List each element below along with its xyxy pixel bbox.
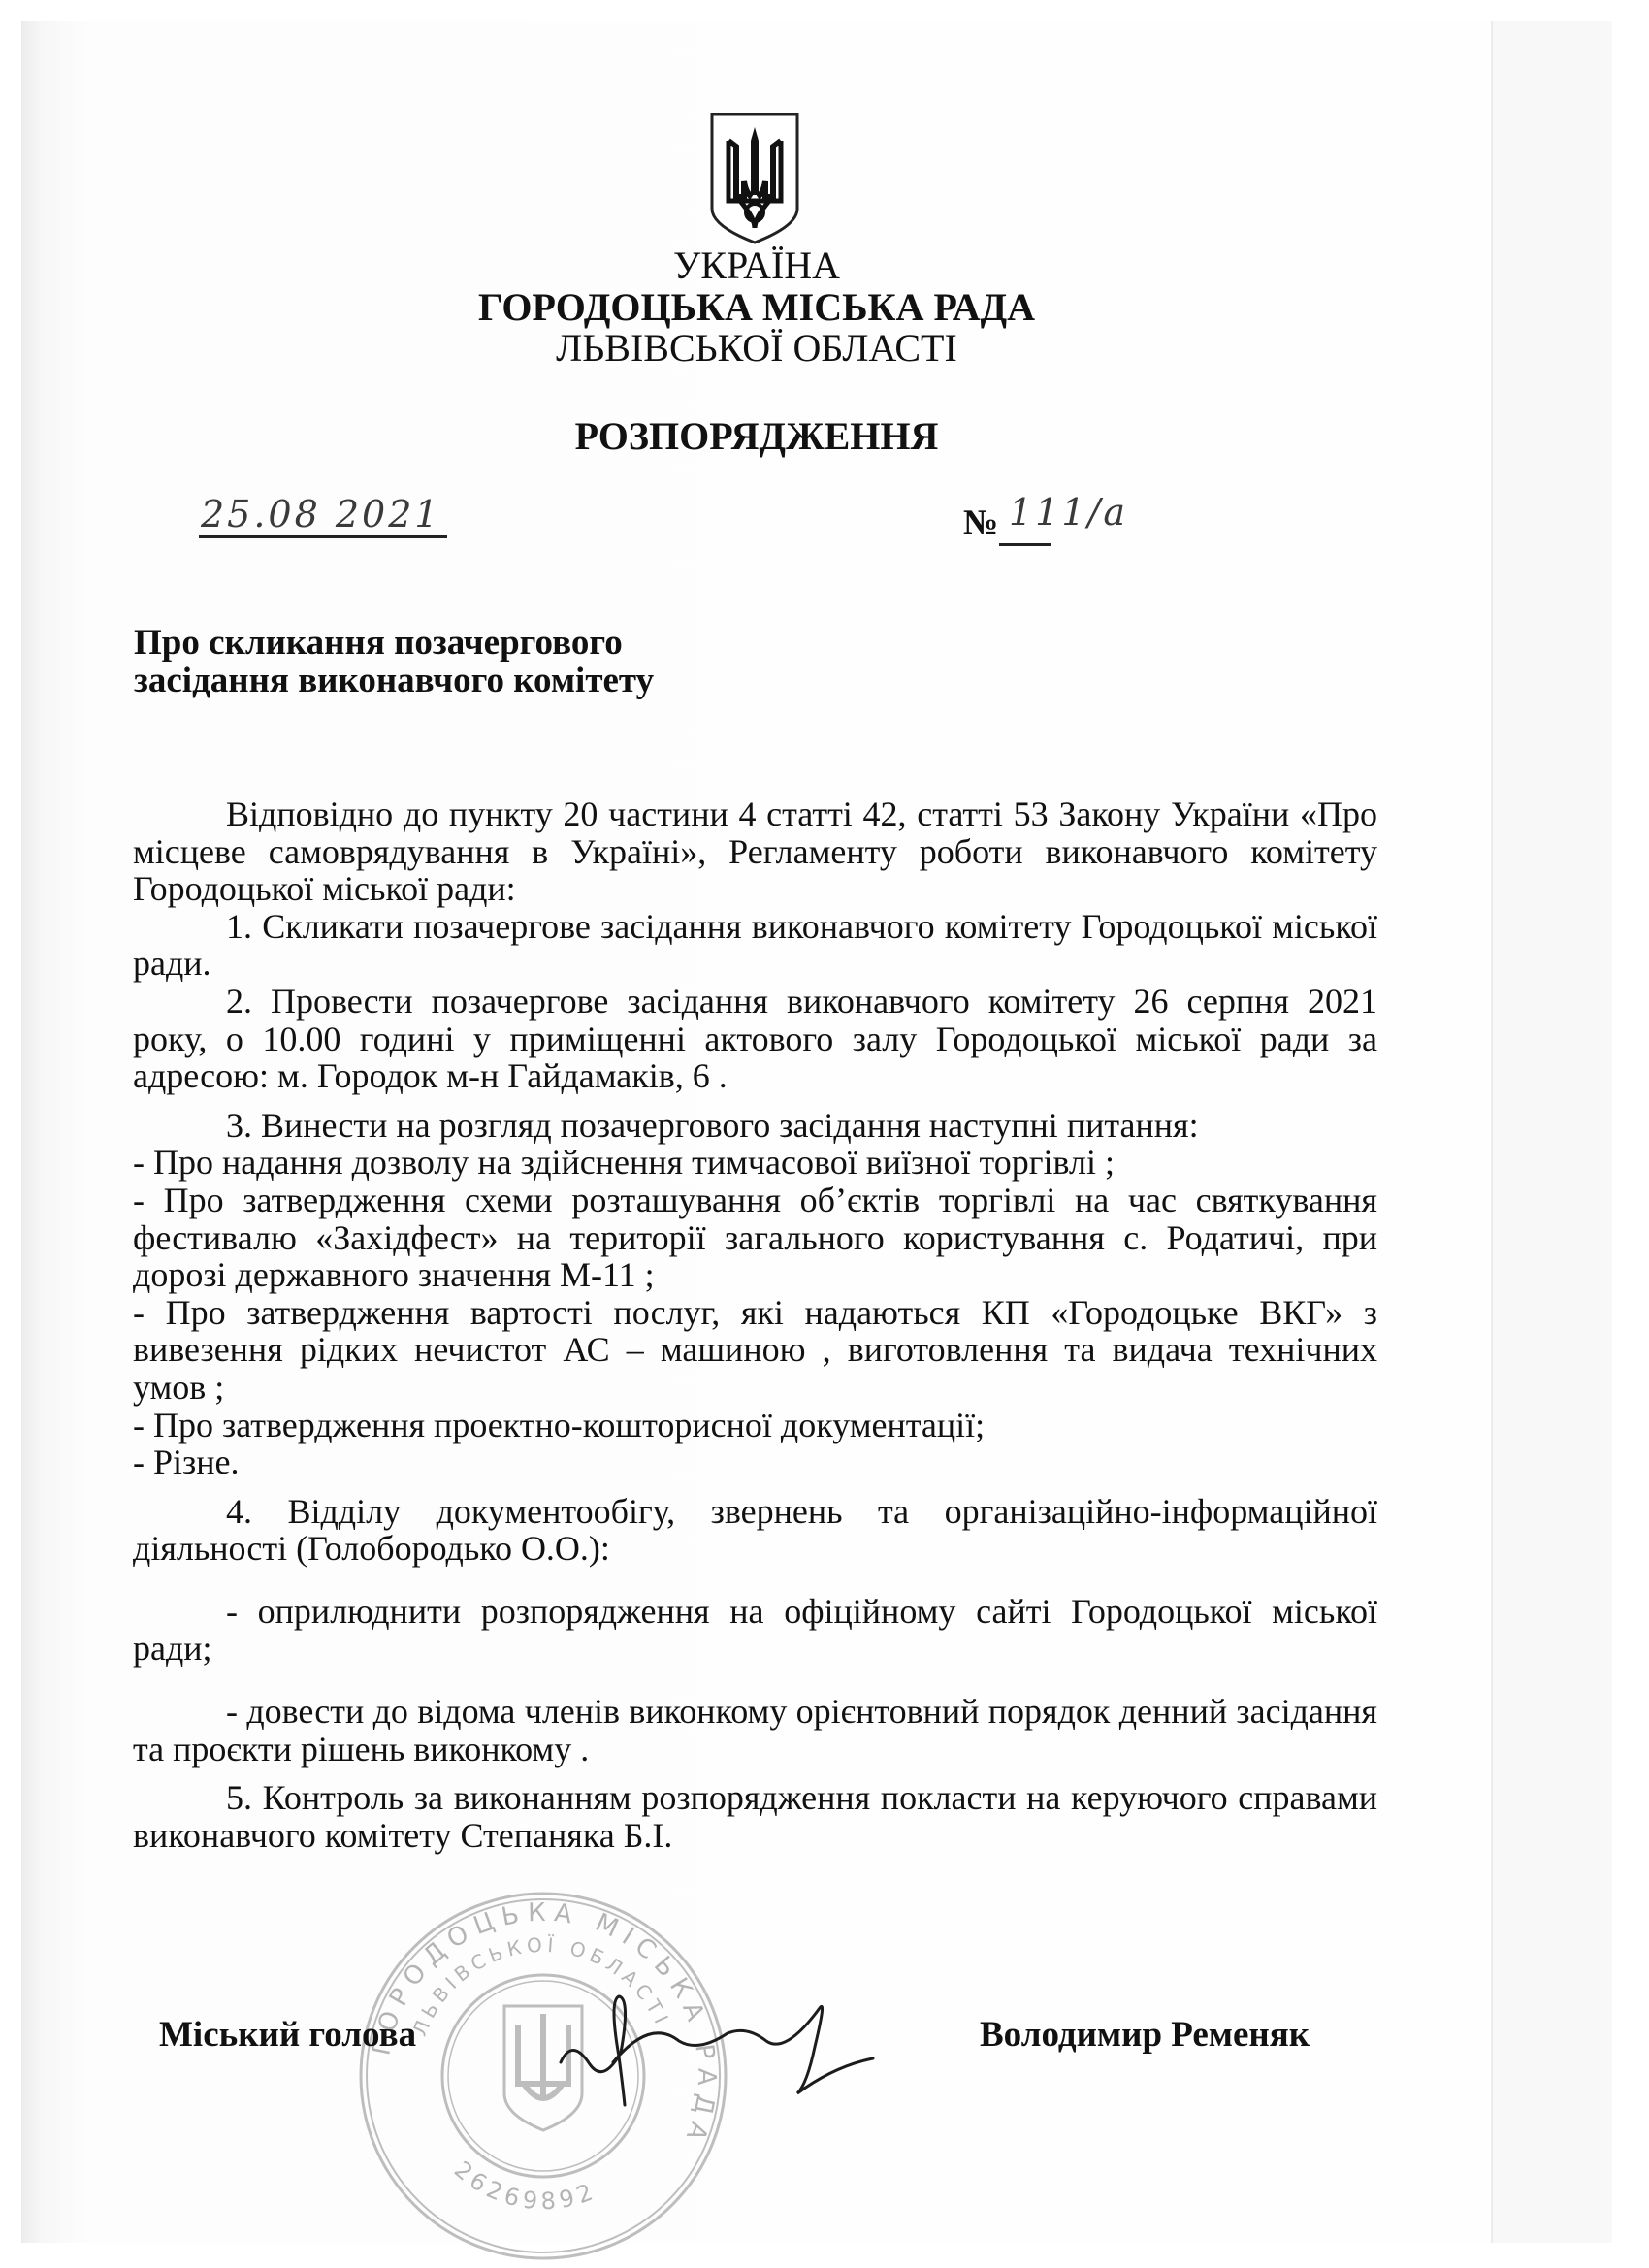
preamble: Відповідно до пункту 20 частини 4 статті…: [133, 795, 1377, 908]
item-4-sub: - довести до відома членів виконкому орі…: [133, 1693, 1377, 1767]
number-sign: №: [963, 502, 998, 541]
region-name: ЛЬВІВСЬКОЇ ОБЛАСТІ: [0, 327, 1513, 370]
subject-line-2: засідання виконавчого комітету: [134, 662, 654, 699]
agenda-item: - Різне.: [133, 1443, 1377, 1481]
signature-icon: [543, 1969, 951, 2115]
number-underline: [999, 543, 1051, 546]
document-type: РОЗПОРЯДЖЕННЯ: [0, 415, 1513, 458]
subject-line-1: Про скликання позачергового: [134, 624, 654, 662]
coat-of-arms-icon: [709, 112, 800, 245]
document-date: 25.08 2021: [199, 493, 447, 538]
agenda-item: - Про затвердження схеми розташування об…: [133, 1182, 1377, 1294]
item-4: 4. Відділу документообігу, звернень та о…: [133, 1493, 1377, 1568]
agenda-item: - Про затвердження вартості послуг, які …: [133, 1294, 1377, 1407]
item-1: 1. Скликати позачергове засідання викона…: [133, 908, 1377, 983]
council-name: ГОРОДОЦЬКА МІСЬКА РАДА: [0, 286, 1513, 329]
item-3: 3. Винести на розгляд позачергового засі…: [133, 1107, 1377, 1145]
signatory-name: Володимир Ременяк: [980, 2014, 1309, 2056]
document-subject: Про скликання позачергового засідання ви…: [134, 624, 654, 699]
document-number: 111/а: [1009, 491, 1128, 534]
item-5: 5. Контроль за виконанням розпорядження …: [133, 1779, 1377, 1854]
document-body: Відповідно до пункту 20 частини 4 статті…: [133, 795, 1377, 1854]
agenda-item: - Про затвердження проектно-кошторисної …: [133, 1407, 1377, 1444]
signatory-position: Міський голова: [159, 2014, 416, 2056]
item-2: 2. Провести позачергове засідання викона…: [133, 983, 1377, 1095]
agenda-item: - Про надання дозволу на здійснення тимч…: [133, 1144, 1377, 1182]
item-4-sub: - оприлюднити розпорядження на офіційном…: [133, 1593, 1377, 1668]
country-name: УКРАЇНА: [0, 244, 1513, 287]
